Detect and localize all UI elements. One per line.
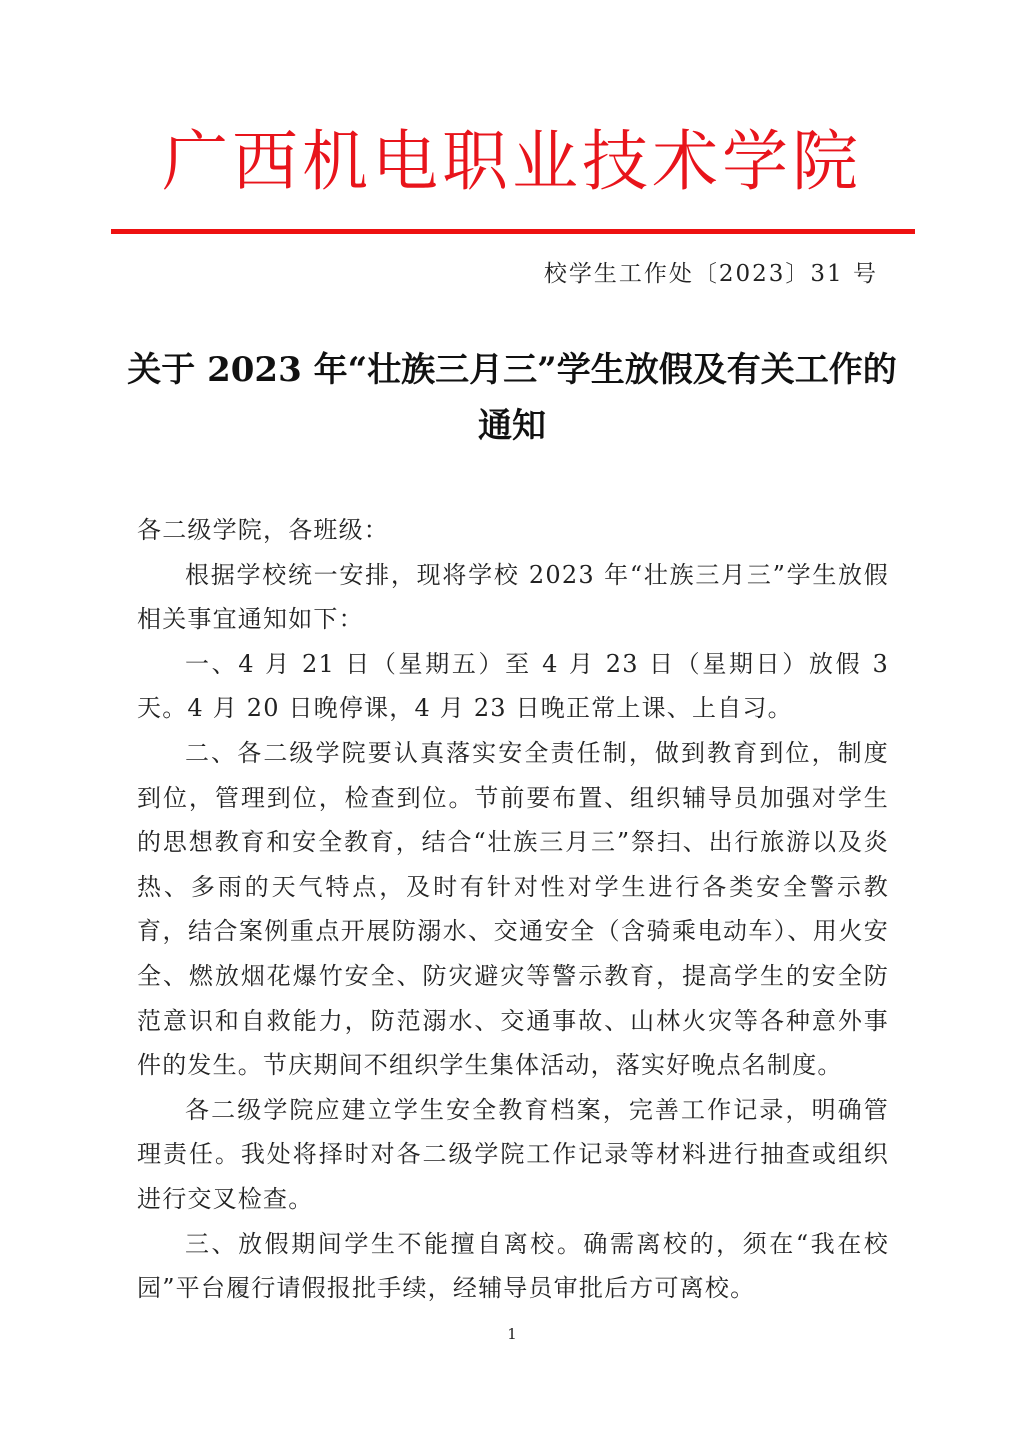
notice-title: 关于 2023 年“壮族三月三”学生放假及有关工作的 通知 bbox=[120, 342, 904, 454]
institution-masthead: 广西机电职业技术学院 bbox=[0, 122, 1024, 202]
notice-title-line1: 关于 2023 年“壮族三月三”学生放假及有关工作的 bbox=[120, 342, 904, 398]
paragraph-intro: 根据学校统一安排，现将学校 2023 年“壮族三月三”学生放假相关事宜通知如下： bbox=[137, 553, 889, 642]
paragraph-item-1: 一、4 月 21 日（星期五）至 4 月 23 日（星期日）放假 3 天。4 月… bbox=[137, 642, 889, 731]
paragraph-item-2: 二、各二级学院要认真落实安全责任制，做到教育到位，制度到位，管理到位，检查到位。… bbox=[137, 731, 889, 1088]
paragraph-item-2-records: 各二级学院应建立学生安全教育档案，完善工作记录，明确管理责任。我处将择时对各二级… bbox=[137, 1088, 889, 1222]
paragraph-item-3: 三、放假期间学生不能擅自离校。确需离校的，须在“我在校园”平台履行请假报批手续，… bbox=[137, 1222, 889, 1311]
salutation: 各二级学院，各班级： bbox=[137, 508, 889, 553]
notice-body: 各二级学院，各班级： 根据学校统一安排，现将学校 2023 年“壮族三月三”学生… bbox=[137, 508, 889, 1311]
document-number: 校学生工作处〔2023〕31 号 bbox=[544, 256, 878, 292]
notice-title-line2: 通知 bbox=[120, 398, 904, 454]
red-divider-line bbox=[111, 229, 915, 234]
page-number: 1 bbox=[0, 1325, 1024, 1343]
